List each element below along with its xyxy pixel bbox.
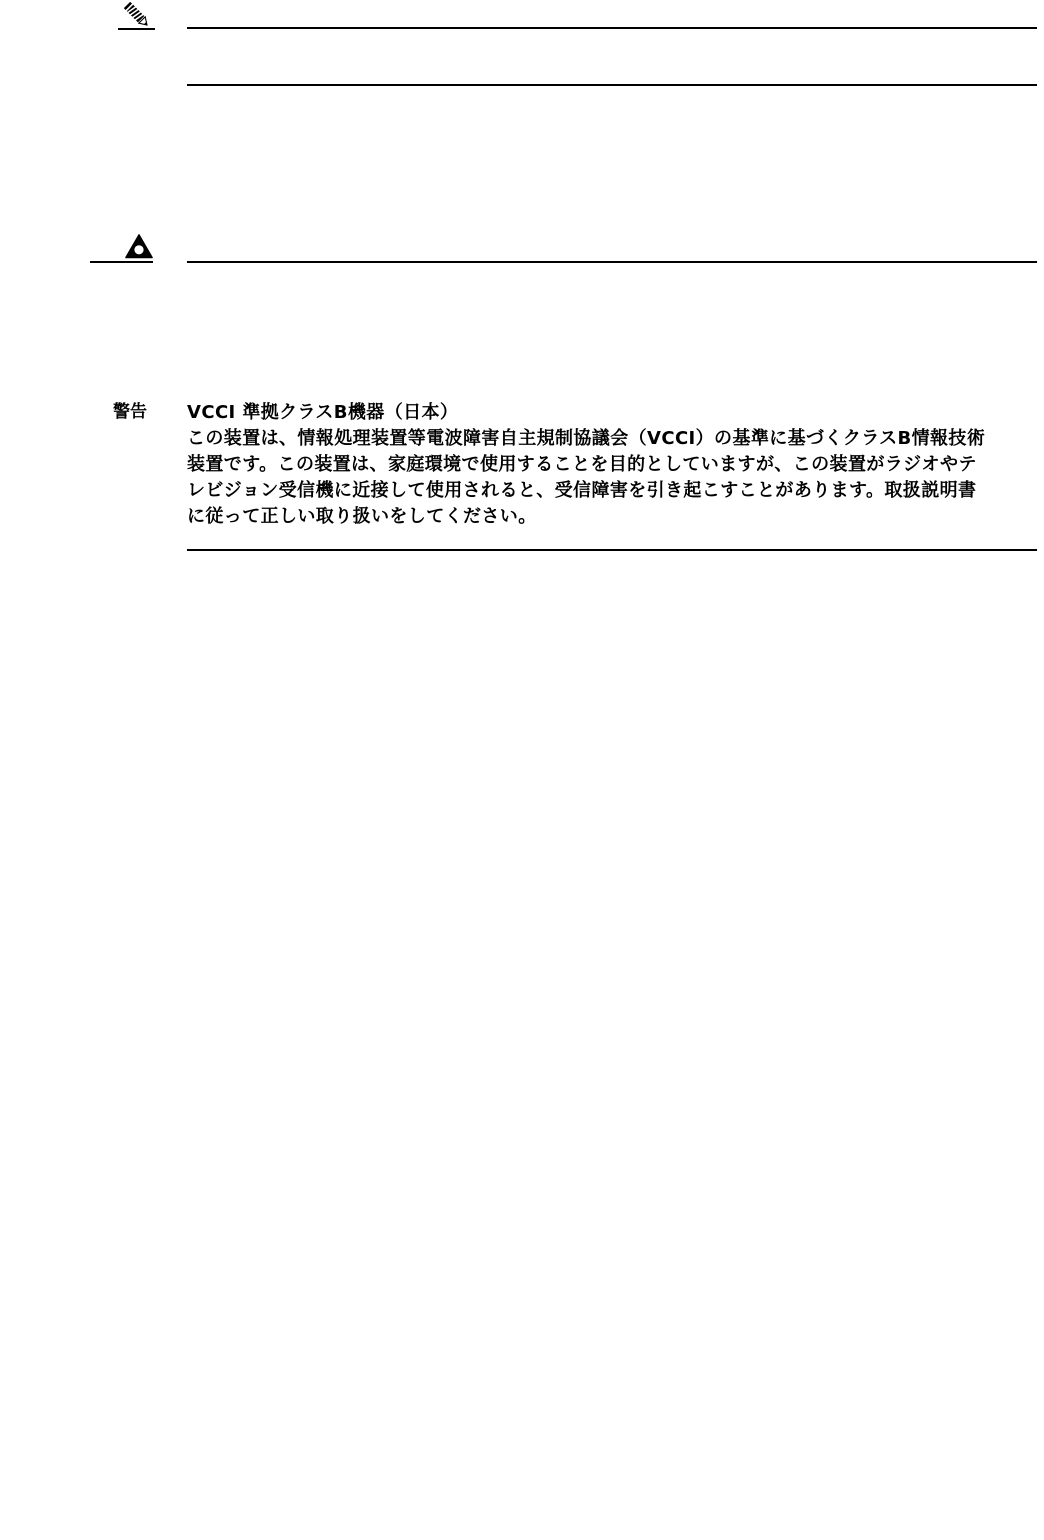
note-label-underline — [118, 28, 155, 30]
warning-line-title: VCCI 準拠クラスB機器（日本） — [187, 400, 1032, 426]
warning-line: この装置は、情報処理装置等電波障害自主規制協議会（VCCI）の基準に基づくクラス… — [187, 426, 1032, 452]
warning-line: に従って正しい取り扱いをしてください。 — [187, 504, 1032, 530]
caution-triangle-icon — [125, 234, 153, 259]
caution-label-underline — [90, 261, 153, 263]
warning-bottom-rule — [187, 549, 1037, 551]
warning-line: レビジョン受信機に近接して使用されると、受信障害を引き起こすことがあります。取扱… — [187, 478, 1032, 504]
document-page: 警告 VCCI 準拠クラスB機器（日本） この装置は、情報処理装置等電波障害自主… — [0, 0, 1044, 1540]
caution-top-rule — [187, 261, 1037, 263]
pencil-note-icon — [121, 2, 155, 28]
note-bottom-rule — [187, 84, 1037, 86]
warning-label: 警告 — [113, 400, 147, 426]
note-top-rule — [187, 27, 1037, 29]
warning-line: 装置です。この装置は、家庭環境で使用することを目的としていますが、この装置がラジ… — [187, 452, 1032, 478]
warning-statement: VCCI 準拠クラスB機器（日本） この装置は、情報処理装置等電波障害自主規制協… — [187, 400, 1032, 530]
